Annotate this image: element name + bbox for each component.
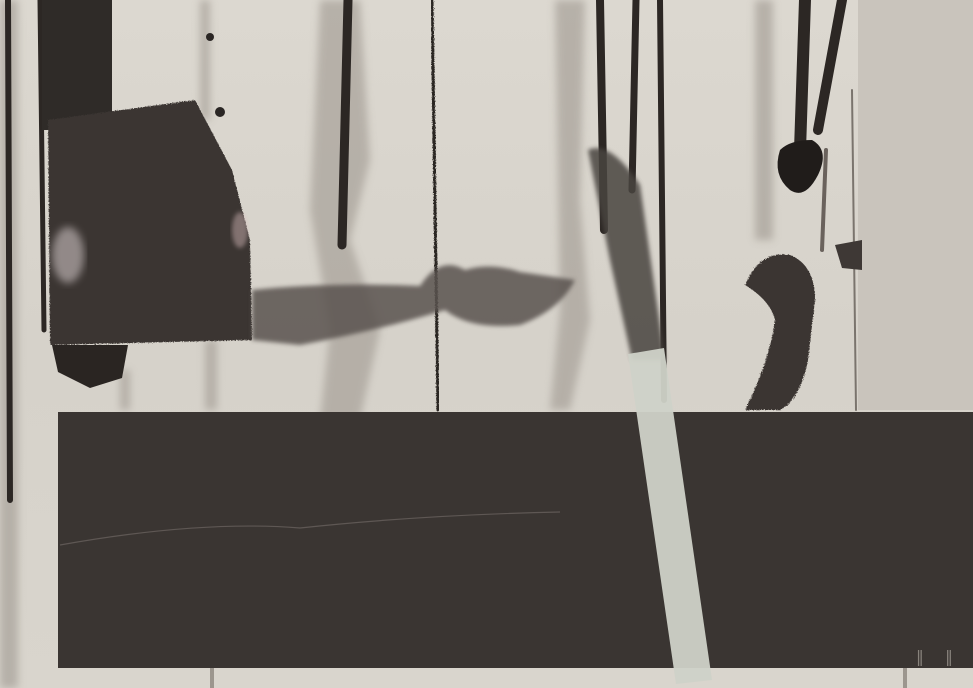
ink-wash-vertical [588,148,665,360]
artwork-canvas: ‖ ‖ [0,0,973,688]
paper-fragment [48,100,252,345]
ink-dot [215,107,225,117]
artist-signature: ‖ ‖ [916,647,961,666]
collage-drawing [0,0,973,688]
paper-fragment-shadow [52,345,128,388]
bottom-drips [212,668,905,688]
ink-wash-stroke [252,265,575,345]
ink-fragment [835,240,862,270]
ink-hook [778,140,823,193]
brush-stroke [745,254,815,410]
dark-block-top [42,0,112,130]
dark-band [58,412,973,668]
ink-dot [206,33,214,41]
right-panel [858,0,973,410]
